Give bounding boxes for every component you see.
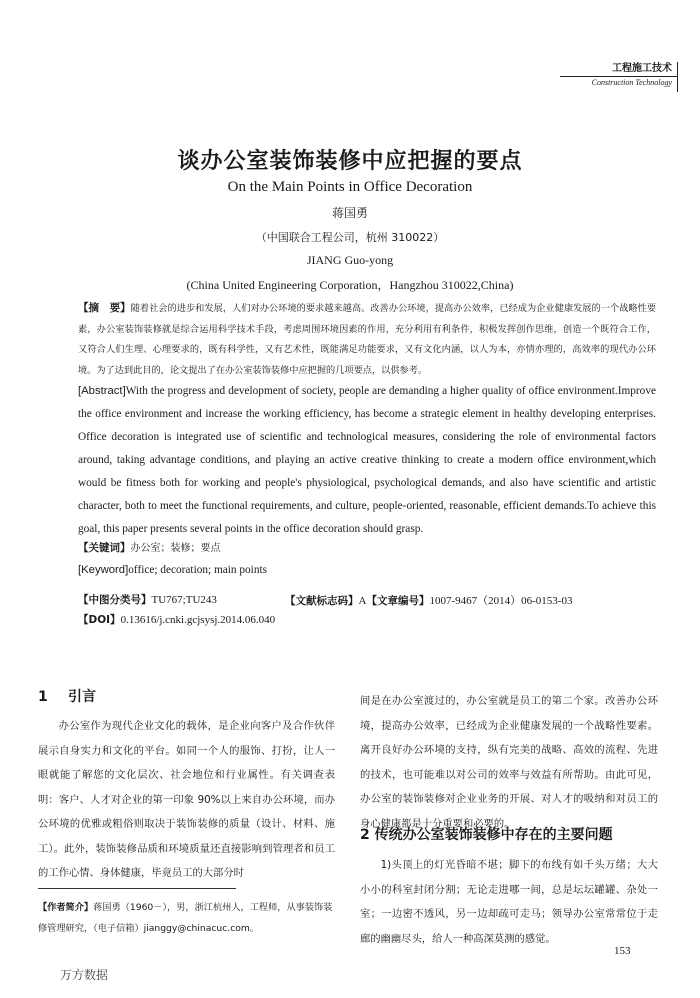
- doc-article-codes: 【文献标志码】A【文章编号】1007-9467（2014）06-0153-03: [285, 592, 572, 608]
- section-1-paragraph-right: 间是在办公室渡过的，办公室就是员工的第二个家。改善办公环境，提高办公效率，已经成…: [360, 689, 658, 836]
- section-1-number: 1: [38, 689, 68, 705]
- affiliation-cn: （中国联合工程公司，杭州 310022）: [0, 229, 700, 245]
- doi-label: 【DOI】: [78, 614, 121, 626]
- doi-value: 0.13616/j.cnki.gcjsysj.2014.06.040: [121, 614, 276, 626]
- journal-name-en: Construction Technology: [560, 78, 678, 88]
- section-2-paragraph: 1)头顶上的灯光昏暗不堪；脚下的布线有如千头万绪；大大小小的科室封闭分割；无论走…: [360, 853, 658, 951]
- watermark: 万方数据: [60, 966, 108, 983]
- abstract-en-label: [Abstract]: [78, 385, 126, 397]
- author-name-cn: 蒋国勇: [0, 204, 700, 221]
- journal-name-cn: 工程施工技术: [560, 62, 678, 75]
- keywords-en-text: office; decoration; main points: [128, 564, 267, 576]
- footnote-divider: [38, 888, 236, 889]
- section-1-heading: 1引言: [38, 686, 96, 706]
- keywords-cn-label: 【关键词】: [78, 542, 131, 554]
- keywords-cn-text: 办公室；装修；要点: [131, 543, 221, 554]
- keywords-en: [Keyword]office; decoration; main points: [78, 564, 656, 576]
- section-2-number: 2: [360, 827, 370, 843]
- page-number: 153: [614, 945, 631, 957]
- footnote-label: 【作者简介】: [38, 902, 93, 913]
- header-divider: [560, 76, 678, 77]
- abstract-cn: 【摘 要】随着社会的进步和发展，人们对办公环境的要求越来越高。改善办公环境，提高…: [78, 298, 656, 381]
- keywords-en-label: [Keyword]: [78, 564, 128, 576]
- header-vertical-rule: [677, 62, 678, 92]
- article-no-label: 【文章编号】: [366, 595, 429, 607]
- section-2-heading: 2 传统办公室装饰装修中存在的主要问题: [360, 824, 613, 844]
- doc-code-label: 【文献标志码】: [285, 595, 359, 607]
- clc-number: 【中图分类号】TU767;TU243: [78, 592, 217, 607]
- clc-value: TU767;TU243: [152, 594, 217, 606]
- section-1-title: 引言: [68, 689, 96, 705]
- author-footnote: 【作者简介】蒋国勇（1960－），男，浙江杭州人，工程师，从事装饰装修管理研究，…: [38, 897, 335, 939]
- affiliation-en: (China United Engineering Corporation，Ha…: [0, 276, 700, 293]
- paper-title-en: On the Main Points in Office Decoration: [0, 179, 700, 196]
- section-1-paragraph-left: 办公室作为现代企业文化的载体，是企业向客户及合作伙伴展示自身实力和文化的平台。如…: [38, 714, 335, 886]
- section-2-title: 传统办公室装饰装修中存在的主要问题: [375, 827, 613, 843]
- doi: 【DOI】0.13616/j.cnki.gcjsysj.2014.06.040: [78, 612, 275, 627]
- abstract-cn-label: 【摘 要】: [78, 302, 131, 314]
- abstract-en-text: With the progress and development of soc…: [78, 385, 656, 535]
- clc-label: 【中图分类号】: [78, 594, 152, 606]
- abstract-cn-text: 随着社会的进步和发展，人们对办公环境的要求越来越高。改善办公环境，提高办公效率，…: [78, 303, 656, 376]
- author-name-en: JIANG Guo-yong: [0, 253, 700, 268]
- journal-header: 工程施工技术 Construction Technology: [560, 62, 678, 88]
- paper-title-cn: 谈办公室装饰装修中应把握的要点: [0, 144, 700, 175]
- abstract-en: [Abstract]With the progress and developm…: [78, 380, 656, 541]
- keywords-cn: 【关键词】办公室；装修；要点: [78, 539, 656, 555]
- article-no-value: 1007-9467（2014）06-0153-03: [429, 595, 572, 607]
